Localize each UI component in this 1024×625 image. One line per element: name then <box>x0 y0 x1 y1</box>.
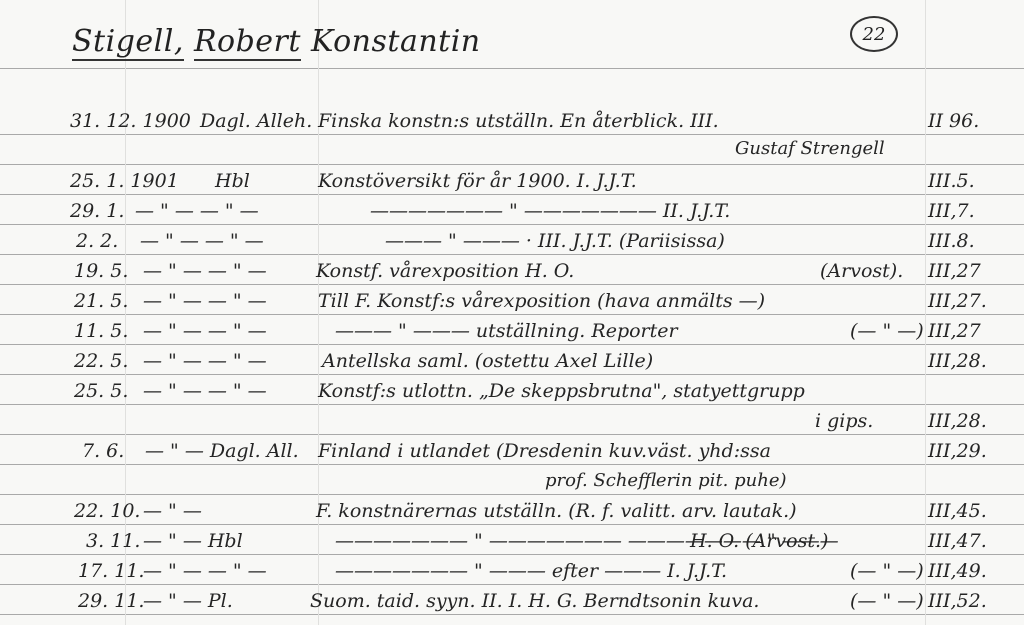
ruled-line <box>0 464 1024 465</box>
given-name: Robert <box>194 24 301 61</box>
ruled-line <box>0 254 1024 255</box>
entry-title: Antellska saml. (ostettu Axel Lille) <box>322 350 653 372</box>
entry-title: F. konstnärernas utställn. (R. f. valitt… <box>316 500 797 522</box>
entry-ref: III.8. <box>928 230 975 252</box>
entry-continuation: prof. Schefflerin pit. puhe) <box>545 470 787 491</box>
entry-row: 3. 11. — " — Hbl ——————— " ——————— —————… <box>0 526 1024 554</box>
ruled-line <box>0 164 1024 165</box>
entry-ref: III,7. <box>928 200 975 222</box>
entry-publication: Dagl. Alleh. <box>200 110 312 132</box>
entry-publication: — " — — " — <box>143 380 267 402</box>
entry-publication: Hbl <box>215 170 250 192</box>
entry-title: Finska konstn:s utställn. En återblick. … <box>318 110 719 132</box>
entry-ref: III,27 <box>928 260 981 282</box>
entry-row: 21. 5. — " — — " — Till F. Konstf:s våre… <box>0 286 1024 314</box>
entry-ref: II 96. <box>928 110 979 132</box>
card-number-badge: 22 <box>850 16 898 52</box>
ruled-line <box>0 404 1024 405</box>
entry-ref: III,28. <box>928 350 987 372</box>
entry-date: 31. 12. 1900 <box>70 110 191 132</box>
entry-ref: III,27. <box>928 290 987 312</box>
entry-row: i gips. III,28. <box>0 406 1024 434</box>
entry-date: 22. 10. <box>74 500 140 522</box>
entry-row: 19. 5. — " — — " — Konstf. vårexposition… <box>0 256 1024 284</box>
entry-date: 29. 1. <box>70 200 124 222</box>
entry-title: Till F. Konstf:s vårexposition (hava anm… <box>318 290 765 312</box>
entry-ref: III,27 <box>928 320 981 342</box>
card-heading: Stigell, Robert Konstantin <box>72 24 481 59</box>
entry-row: 17. 11. — " — — " — ——————— " ——— efter … <box>0 556 1024 584</box>
entry-date: 22. 5. <box>74 350 128 372</box>
entry-row: 29. 1. — " — — " — ——————— " ——————— II.… <box>0 196 1024 224</box>
entry-ref: III,49. <box>928 560 987 582</box>
ruled-line <box>0 554 1024 555</box>
entry-date: 3. 11. <box>86 530 140 552</box>
entry-row: 29. 11. — " — Pl. Suom. taid. syyn. II. … <box>0 586 1024 614</box>
entry-publication: — " — — " — <box>143 290 267 312</box>
entry-date: 25. 5. <box>74 380 128 402</box>
entry-title: ——— " ——— · III. J.J.T. (Pariisissa) <box>385 230 725 252</box>
entry-date: 19. 5. <box>74 260 128 282</box>
entry-reviewer-note: (— " —) <box>850 320 924 342</box>
entry-date: 29. 11. <box>78 590 144 612</box>
entry-ref: III,28. <box>928 410 987 432</box>
entry-date: 21. 5. <box>74 290 128 312</box>
entry-row: 31. 12. 1900 Dagl. Alleh. Finska konstn:… <box>0 106 1024 134</box>
entry-row: 2. 2. — " — — " — ——— " ——— · III. J.J.T… <box>0 226 1024 254</box>
surname: Stigell, <box>72 24 184 61</box>
ruled-line <box>0 344 1024 345</box>
entry-title: ——————— " ——————— II. J.J.T. <box>370 200 730 222</box>
ruled-line <box>0 134 1024 135</box>
ruled-line <box>0 284 1024 285</box>
entry-author-note: Gustaf Strengell <box>735 138 885 159</box>
entry-publication: — " — Hbl <box>143 530 243 552</box>
entry-row: 22. 10. — " — F. konstnärernas utställn.… <box>0 496 1024 524</box>
entry-date: 17. 11. <box>78 560 144 582</box>
ruled-line <box>0 434 1024 435</box>
entry-date: 25. 1. 1901 <box>70 170 179 192</box>
entry-title: Konstf. vårexposition H. O. <box>316 260 574 282</box>
entry-ref: III,29. <box>928 440 987 462</box>
entry-title: ——————— " ——— efter ——— I. J.J.T. <box>335 560 727 582</box>
entry-title: Konstf:s utlottn. „De skeppsbrutna", sta… <box>318 380 805 402</box>
entry-reviewer-note: (— " —) <box>850 560 924 582</box>
entry-ref: III,52. <box>928 590 987 612</box>
entry-ref: III.5. <box>928 170 975 192</box>
entry-ref: III,45. <box>928 500 987 522</box>
entry-publication: — " — — " — <box>143 560 267 582</box>
entry-title: Konstöversikt för år 1900. I. J.J.T. <box>318 170 637 192</box>
ruled-line <box>0 194 1024 195</box>
entry-row: 25. 5. — " — — " — Konstf:s utlottn. „De… <box>0 376 1024 404</box>
entry-continuation: i gips. <box>815 410 873 432</box>
entry-title: ——— " ——— utställning. Reporter <box>335 320 678 342</box>
card-number: 22 <box>863 24 886 45</box>
entry-publication: — " — — " — <box>143 320 267 342</box>
entry-reviewer-note: H. O. (Arvost.) <box>690 530 828 552</box>
index-card: Stigell, Robert Konstantin 22 31. 12. 19… <box>0 0 1024 625</box>
entry-reviewer-note: (— " —) <box>850 590 924 612</box>
entry-row: 7. 6. — " — Dagl. All. Finland i utlande… <box>0 436 1024 464</box>
ruled-line <box>0 524 1024 525</box>
ruled-line <box>0 584 1024 585</box>
entry-publication: — " — — " — <box>143 350 267 372</box>
entry-date: 11. 5. <box>74 320 128 342</box>
middle-name: Konstantin <box>311 24 481 59</box>
ruled-line <box>0 68 1024 69</box>
entry-publication: — " — Dagl. All. <box>145 440 299 462</box>
entry-date: 2. 2. <box>76 230 118 252</box>
entry-title: Suom. taid. syyn. II. I. H. G. Berndtson… <box>310 590 759 612</box>
entry-row: 25. 1. 1901 Hbl Konstöversikt för år 190… <box>0 166 1024 194</box>
ruled-line <box>0 374 1024 375</box>
entry-row: 22. 5. — " — — " — Antellska saml. (oste… <box>0 346 1024 374</box>
entry-row: 11. 5. — " — — " — ——— " ——— utställning… <box>0 316 1024 344</box>
ruled-line <box>0 614 1024 615</box>
entry-ref: III,47. <box>928 530 987 552</box>
entry-date: 7. 6. <box>82 440 124 462</box>
entry-publication: — " — — " — <box>135 200 259 222</box>
entry-title: Finland i utlandet (Dresdenin kuv.väst. … <box>318 440 771 462</box>
entry-publication: — " — <box>143 500 202 522</box>
entry-reviewer-note: (Arvost). <box>820 260 903 282</box>
entry-publication: — " — Pl. <box>143 590 233 612</box>
entry-publication: — " — — " — <box>143 260 267 282</box>
ruled-line <box>0 314 1024 315</box>
ruled-line <box>0 494 1024 495</box>
entry-publication: — " — — " — <box>140 230 264 252</box>
ruled-line <box>0 224 1024 225</box>
